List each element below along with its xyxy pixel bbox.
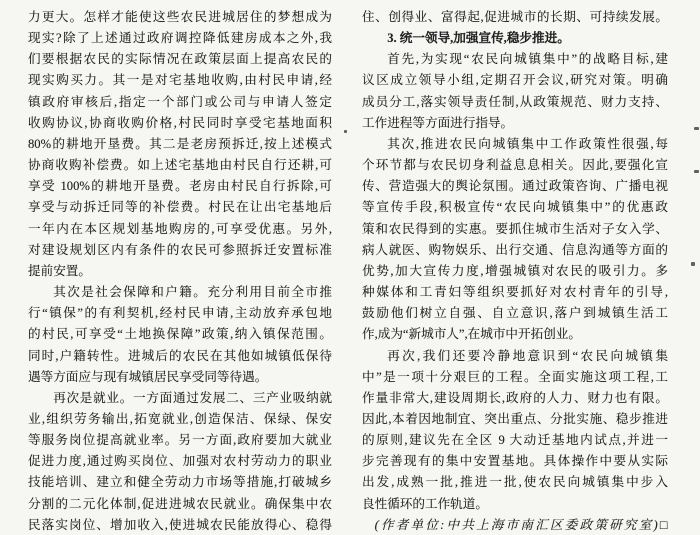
text-line: 良性循环的工作轨道。 bbox=[362, 494, 668, 515]
text-line: 行“镇保”的有利契机,经村民申请,主动放弃承包地 bbox=[28, 303, 332, 324]
text-line: 80%的耕地开垦费。其二是老房预拆迁,按上述模式 bbox=[28, 134, 332, 155]
text-line: 力更大。怎样才能使这些农民进城居住的梦想成为 bbox=[28, 7, 332, 28]
scan-speck bbox=[344, 130, 347, 133]
text-line: 提前安置。 bbox=[28, 261, 332, 282]
text-line: 传、营造强大的舆论氛围。通过政策咨询、广播电视 bbox=[362, 176, 668, 197]
text-line: 再次,我们还要冷静地意识到“农民向城镇集 bbox=[362, 346, 668, 367]
text-line: 议区成立领导小组,定期召开会议,研究对策。明确 bbox=[362, 70, 668, 91]
text-line: 促进力度,通过购买岗位、加强对农村劳动力的职业 bbox=[28, 451, 332, 472]
text-line: 镇政府审核后,指定一个部门或公司与申请人签定 bbox=[28, 92, 332, 113]
text-line: 个环节都与农民切身利益息息相关。因此,要强化宣 bbox=[362, 155, 668, 176]
text-line: 业,组织劳务输出,拓宽就业,创造保洁、保绿、保安 bbox=[28, 409, 332, 430]
text-line: 成员分工,落实领导责任制,从政策规范、财力支持、 bbox=[362, 92, 668, 113]
text-line: 其次是社会保障和户籍。充分利用目前全市推 bbox=[28, 282, 332, 303]
text-line: 3. 统一领导,加强宣传,稳步推进。 bbox=[362, 28, 668, 49]
text-line: 中”是一项十分艰巨的工程。全面实施这项工程,工 bbox=[362, 367, 668, 388]
text-line: 住、创得业、富得起,促进城市的长期、可持续发展。 bbox=[362, 7, 668, 28]
text-line: 步完善现有的集中安置基地。具体操作中要从实际 bbox=[362, 451, 668, 472]
text-line: 等服务岗位提高就业率。另一方面,政府要加大就业 bbox=[28, 430, 332, 451]
text-line: 收购协议,协商收购价格,村民同时享受宅基地面积 bbox=[28, 113, 332, 134]
text-line: 民落实岗位、增加收入,使进城农民能放得心、稳得 bbox=[28, 515, 332, 535]
text-line: 的原则,建议先在全区 9 大动迁基地内试点,并进一 bbox=[362, 430, 668, 451]
text-line: 病人就医、购物娱乐、出行交通、信息沟通等方面的 bbox=[362, 240, 668, 261]
text-line: 现实购买力。其一是对宅基地收购,由村民申请,经 bbox=[28, 70, 332, 91]
text-line: 的村民,可享受“土地换保障”政策,纳入镇保范围。 bbox=[28, 324, 332, 345]
text-line: 协商收购补偿费。如上述宅基地由村民自行还耕,可 bbox=[28, 155, 332, 176]
scan-speck bbox=[694, 170, 699, 173]
text-line: 现实?除了上述通过政府调控降低建房成本之外,我 bbox=[28, 28, 332, 49]
text-line: 首先,为实现“农民向城镇集中”的战略目标,建 bbox=[362, 49, 668, 70]
left-column: 力更大。怎样才能使这些农民进城居住的梦想成为现实?除了上述通过政府调控降低建房成… bbox=[28, 7, 332, 535]
text-line: 们要根据农民的实际情况在政策层面上提高农民的 bbox=[28, 49, 332, 70]
text-line: 作量非常大,建设周期长,政府的人力、财力也有限。 bbox=[362, 388, 668, 409]
text-line: 遇等方面应与现有城镇居民享受同等待遇。 bbox=[28, 367, 332, 388]
text-line: 其次,推进农民向城镇集中工作政策性很强,每 bbox=[362, 134, 668, 155]
text-line: 策和农民得到的实惠。要抓住城市生活对子女入学、 bbox=[362, 219, 668, 240]
text-line: 享受与动拆迁同等的补偿费。村民在让出宅基地后 bbox=[28, 197, 332, 218]
right-column: 住、创得业、富得起,促进城市的长期、可持续发展。3. 统一领导,加强宣传,稳步推… bbox=[362, 7, 668, 535]
text-line: 因此,本着因地制宜、突出重点、分批实施、稳步推进 bbox=[362, 409, 668, 430]
text-line: (作者单位:中共上海市南汇区委政策研究室)□ bbox=[362, 515, 668, 535]
text-line: 鼓励他们树立自强、自立意识,落户到城镇生活工 bbox=[362, 303, 668, 324]
text-line: 工作进程等方面进行指导。 bbox=[362, 113, 668, 134]
text-line: 一年内在本区规划基地购房的,可享受优惠。另外, bbox=[28, 219, 332, 240]
text-line: 再次是就业。一方面通过发展二、三产业吸纳就 bbox=[28, 388, 332, 409]
text-line: 分割的二元化体制,促进进城农民就业。确保集中农 bbox=[28, 494, 332, 515]
text-line: 对建设规划区内有条件的农民可参照拆迁安置标准 bbox=[28, 240, 332, 261]
text-line: 优势,加大宣传力度,增强城镇对农民的吸引力。多 bbox=[362, 261, 668, 282]
text-line: 等宣传手段,积极宣传“农民向城镇集中”的优惠政 bbox=[362, 197, 668, 218]
scan-speck bbox=[691, 262, 695, 266]
scan-speck bbox=[694, 127, 699, 130]
text-line: 种媒体和工青妇等组织要抓好对农村青年的引导, bbox=[362, 282, 668, 303]
text-line: 同时,户籍转性。进城后的农民在其他如城镇低保待 bbox=[28, 346, 332, 367]
document-page: 力更大。怎样才能使这些农民进城居住的梦想成为现实?除了上述通过政府调控降低建房成… bbox=[0, 0, 700, 535]
text-line: 技能培训、建立和健全劳动力市场等措施,打破城乡 bbox=[28, 472, 332, 493]
text-line: 出发,成熟一批,推进一批,使农民向城镇集中步入 bbox=[362, 472, 668, 493]
text-line: 享受 100%的耕地开垦费。老房由村民自行拆除,可 bbox=[28, 176, 332, 197]
text-line: 作,成为“新城市人”,在城市中开拓创业。 bbox=[362, 324, 668, 345]
